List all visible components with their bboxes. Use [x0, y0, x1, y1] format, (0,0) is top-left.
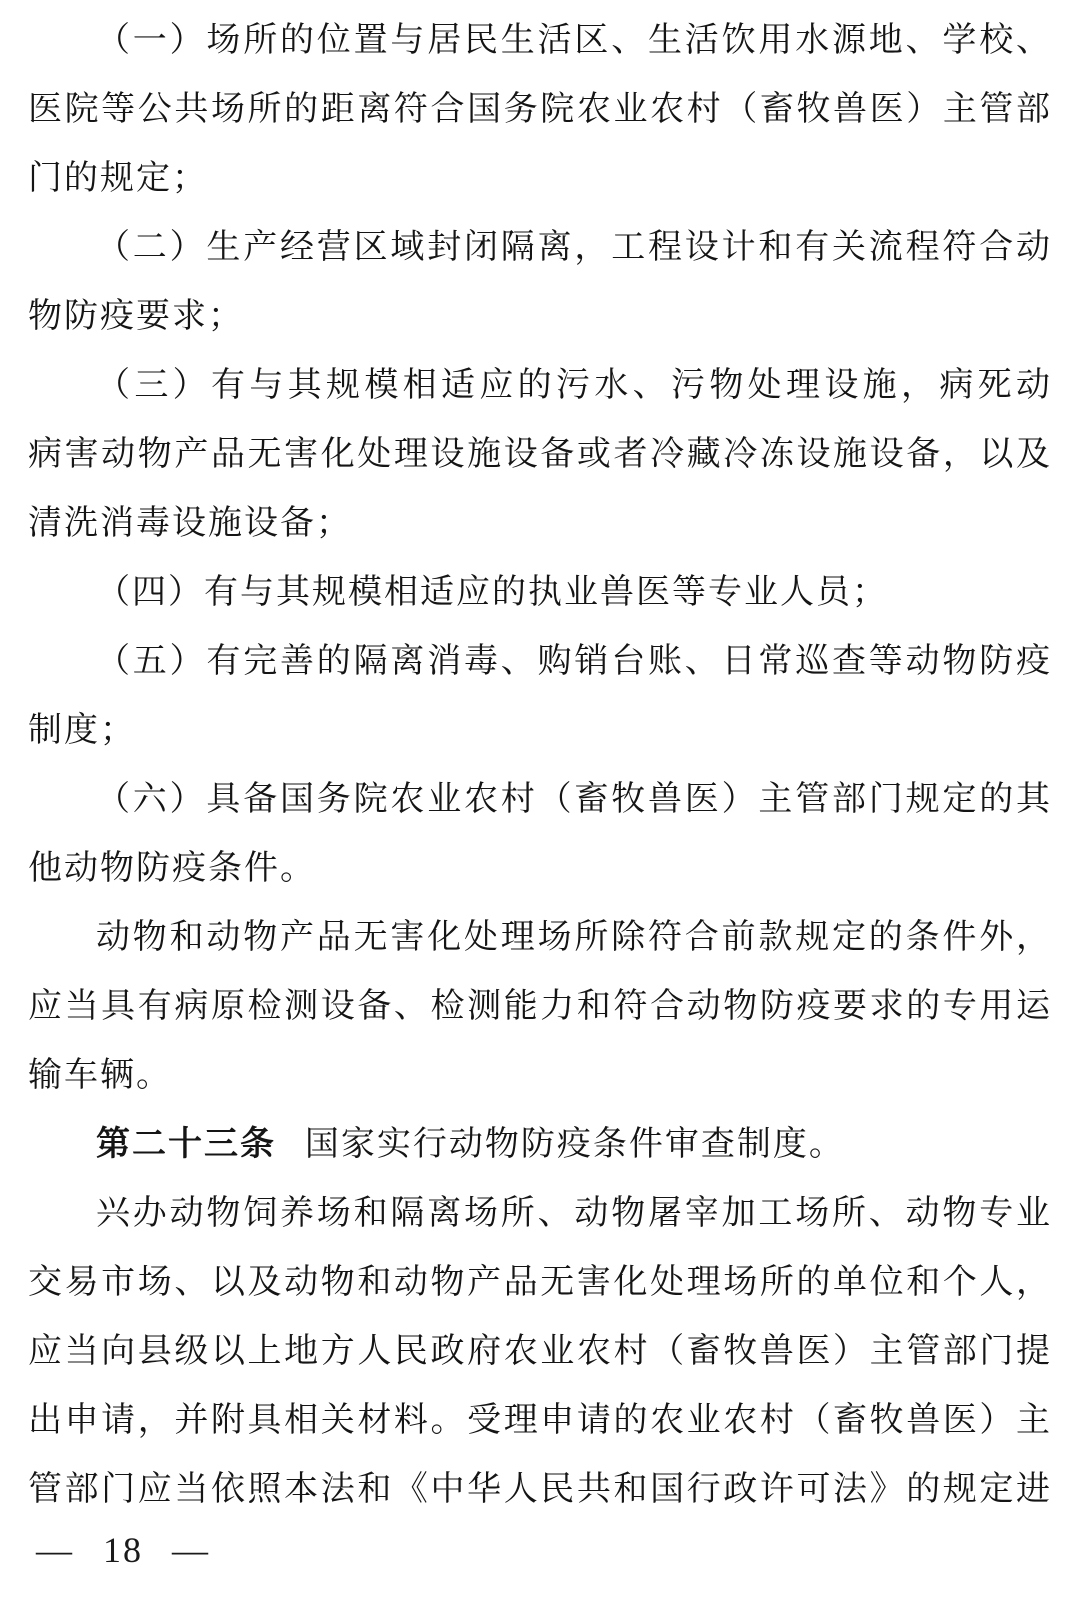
- line-text: 兴办动物饲养场和隔离场所、动物屠宰加工场所、动物专业: [96, 1195, 1052, 1232]
- line-text: （二）生产经营区域封闭隔离，工程设计和有关流程符合动: [96, 229, 1052, 266]
- text-line: 第二十三条国家实行动物防疫条件审查制度。: [28, 1110, 1052, 1179]
- text-line: （四）有与其规模相适应的执业兽医等专业人员；: [28, 558, 1052, 627]
- line-text: 病害动物产品无害化处理设施设备或者冷藏冷冻设施设备，以及: [28, 436, 1052, 473]
- text-line: 医院等公共场所的距离符合国务院农业农村（畜牧兽医）主管部: [28, 75, 1052, 144]
- line-text: 医院等公共场所的距离符合国务院农业农村（畜牧兽医）主管部: [28, 91, 1052, 128]
- line-text: 制度；: [28, 712, 136, 749]
- text-line: 输车辆。: [28, 1041, 1052, 1110]
- line-text: 交易市场、以及动物和动物产品无害化处理场所的单位和个人，: [28, 1264, 1052, 1301]
- line-text: 出申请，并附具相关材料。受理申请的农业农村（畜牧兽医）主: [28, 1402, 1052, 1439]
- line-text: 门的规定；: [28, 160, 208, 197]
- text-line: 物防疫要求；: [28, 282, 1052, 351]
- line-text: 他动物防疫条件。: [28, 850, 316, 887]
- line-text: 应当具有病原检测设备、检测能力和符合动物防疫要求的专用运: [28, 988, 1052, 1025]
- line-text: （五）有完善的隔离消毒、购销台账、日常巡查等动物防疫: [96, 643, 1052, 680]
- text-line: 应当向县级以上地方人民政府农业农村（畜牧兽医）主管部门提: [28, 1317, 1052, 1386]
- article-number: 第二十三条: [96, 1125, 276, 1163]
- page-number: — 18 —: [36, 1530, 210, 1570]
- text-line: 制度；: [28, 696, 1052, 765]
- text-line: 出申请，并附具相关材料。受理申请的农业农村（畜牧兽医）主: [28, 1386, 1052, 1455]
- line-text: 国家实行动物防疫条件审查制度。: [305, 1126, 845, 1163]
- line-text: 应当向县级以上地方人民政府农业农村（畜牧兽医）主管部门提: [28, 1333, 1052, 1370]
- text-line: 他动物防疫条件。: [28, 834, 1052, 903]
- line-text: （四）有与其规模相适应的执业兽医等专业人员；: [96, 574, 888, 611]
- text-line: 管部门应当依照本法和《中华人民共和国行政许可法》的规定进: [28, 1455, 1052, 1524]
- text-line: （三）有与其规模相适应的污水、污物处理设施，病死动物、: [28, 351, 1052, 420]
- line-text: 清洗消毒设施设备；: [28, 505, 352, 542]
- text-line: （五）有完善的隔离消毒、购销台账、日常巡查等动物防疫: [28, 627, 1052, 696]
- text-line: （二）生产经营区域封闭隔离，工程设计和有关流程符合动: [28, 213, 1052, 282]
- text-line: 应当具有病原检测设备、检测能力和符合动物防疫要求的专用运: [28, 972, 1052, 1041]
- text-line: 兴办动物饲养场和隔离场所、动物屠宰加工场所、动物专业: [28, 1179, 1052, 1248]
- line-text: 物防疫要求；: [28, 298, 244, 335]
- document-page: （一）场所的位置与居民生活区、生活饮用水源地、学校、医院等公共场所的距离符合国务…: [0, 0, 1080, 1597]
- text-line: 病害动物产品无害化处理设施设备或者冷藏冷冻设施设备，以及: [28, 420, 1052, 489]
- line-text: 输车辆。: [28, 1057, 172, 1094]
- line-text: （六）具备国务院农业农村（畜牧兽医）主管部门规定的其: [96, 781, 1052, 818]
- text-line: 交易市场、以及动物和动物产品无害化处理场所的单位和个人，: [28, 1248, 1052, 1317]
- text-line: 门的规定；: [28, 144, 1052, 213]
- text-line: （一）场所的位置与居民生活区、生活饮用水源地、学校、: [28, 6, 1052, 75]
- line-text: （三）有与其规模相适应的污水、污物处理设施，病死动物、: [28, 367, 1052, 420]
- line-text: 动物和动物产品无害化处理场所除符合前款规定的条件外，: [96, 919, 1052, 956]
- text-line: （六）具备国务院农业农村（畜牧兽医）主管部门规定的其: [28, 765, 1052, 834]
- text-line: 动物和动物产品无害化处理场所除符合前款规定的条件外，: [28, 903, 1052, 972]
- text-line: 清洗消毒设施设备；: [28, 489, 1052, 558]
- document-body: （一）场所的位置与居民生活区、生活饮用水源地、学校、医院等公共场所的距离符合国务…: [28, 6, 1052, 1524]
- line-text: （一）场所的位置与居民生活区、生活饮用水源地、学校、: [96, 22, 1052, 59]
- line-text: 管部门应当依照本法和《中华人民共和国行政许可法》的规定进: [28, 1471, 1052, 1508]
